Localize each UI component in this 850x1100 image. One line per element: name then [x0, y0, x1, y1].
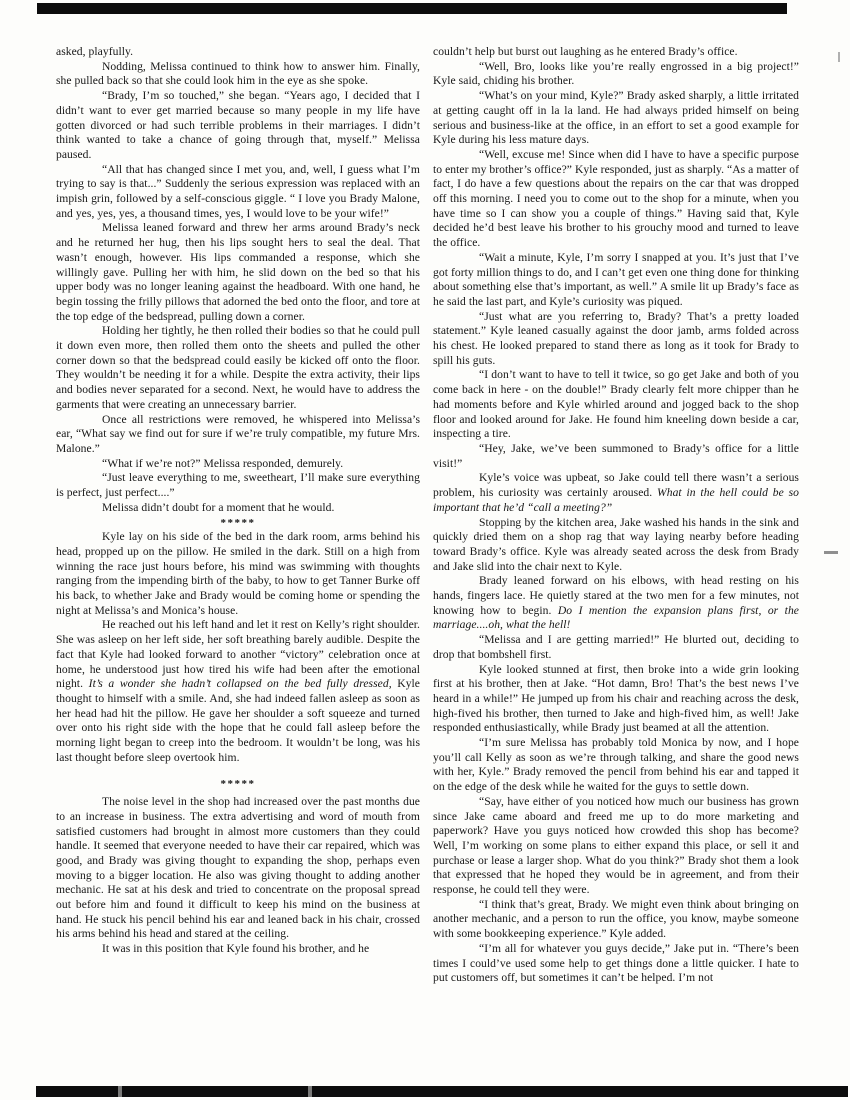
paragraph: “Well, Bro, looks like you’re really eng… [433, 60, 799, 89]
paragraph: “What’s on your mind, Kyle?” Brady asked… [433, 89, 799, 148]
left-text-column: asked, playfully.Nodding, Melissa contin… [56, 45, 420, 986]
text-run: “What’s on your mind, Kyle?” Brady asked… [433, 89, 799, 146]
paragraph: “I’m sure Melissa has probably told Moni… [433, 736, 799, 795]
scanned-document-page: asked, playfully.Nodding, Melissa contin… [0, 0, 850, 1100]
text-columns: asked, playfully.Nodding, Melissa contin… [56, 45, 799, 986]
paragraph: “Say, have either of you noticed how muc… [433, 795, 799, 898]
text-run: Holding her tightly, he then rolled thei… [56, 324, 420, 411]
text-run: Melissa didn’t doubt for a moment that h… [102, 501, 334, 514]
paragraph: It was in this position that Kyle found … [56, 942, 420, 957]
italic-text-run: It’s a wonder she hadn’t collapsed on th… [89, 677, 392, 690]
scan-artifact-tick [838, 52, 840, 62]
paragraph: “Well, excuse me! Since when did I have … [433, 148, 799, 251]
paragraph: “I don’t want to have to tell it twice, … [433, 368, 799, 442]
paragraph: “Brady, I’m so touched,” she began. “Yea… [56, 89, 420, 163]
text-run: Stopping by the kitchen area, Jake washe… [433, 516, 799, 573]
text-run: “Say, have either of you noticed how muc… [433, 795, 799, 896]
scan-artifact-dash [824, 551, 838, 554]
paragraph: “Just leave everything to me, sweetheart… [56, 471, 420, 500]
text-run: couldn’t help but burst out laughing as … [433, 45, 738, 58]
right-text-column: couldn’t help but burst out laughing as … [433, 45, 799, 986]
paragraph: “Just what are you referring to, Brady? … [433, 310, 799, 369]
text-run: “Melissa and I are getting married!” He … [433, 633, 799, 661]
paragraph: Kyle looked stunned at first, then broke… [433, 663, 799, 737]
text-run: Kyle looked stunned at first, then broke… [433, 663, 799, 735]
text-run: Kyle lay on his side of the bed in the d… [56, 530, 420, 617]
section-separator: ***** [56, 777, 420, 792]
paragraph: Kyle’s voice was upbeat, so Jake could t… [433, 471, 799, 515]
scan-artifact-slit [308, 1086, 312, 1097]
scan-artifact-bottom-bar [36, 1086, 848, 1097]
text-run: “All that has changed since I met you, a… [56, 163, 420, 220]
paragraph: “All that has changed since I met you, a… [56, 163, 420, 222]
paragraph: “Melissa and I are getting married!” He … [433, 633, 799, 662]
paragraph: The noise level in the shop had increase… [56, 795, 420, 942]
text-run: “Well, Bro, looks like you’re really eng… [433, 60, 799, 88]
paragraph: “Hey, Jake, we’ve been summoned to Brady… [433, 442, 799, 471]
paragraph: “I think that’s great, Brady. We might e… [433, 898, 799, 942]
text-run: “Wait a minute, Kyle, I’m sorry I snappe… [433, 251, 799, 308]
scan-artifact-slit [118, 1086, 122, 1097]
text-run: Nodding, Melissa continued to think how … [56, 60, 420, 88]
paragraph: Once all restrictions were removed, he w… [56, 413, 420, 457]
paragraph: Nodding, Melissa continued to think how … [56, 60, 420, 89]
paragraph: “I’m all for whatever you guys decide,” … [433, 942, 799, 986]
paragraph: He reached out his left hand and let it … [56, 618, 420, 765]
text-run: “I’m sure Melissa has probably told Moni… [433, 736, 799, 793]
text-run: Melissa leaned forward and threw her arm… [56, 221, 420, 322]
text-run: “Just leave everything to me, sweetheart… [56, 471, 420, 499]
text-run: “Just what are you referring to, Brady? … [433, 310, 799, 367]
paragraph: Melissa didn’t doubt for a moment that h… [56, 501, 420, 516]
paragraph: asked, playfully. [56, 45, 420, 60]
section-separator: ***** [56, 516, 420, 531]
scan-artifact-top-bar [37, 3, 787, 14]
paragraph: “What if we’re not?” Melissa responded, … [56, 457, 420, 472]
text-run: “I’m all for whatever you guys decide,” … [433, 942, 799, 984]
paragraph: “Wait a minute, Kyle, I’m sorry I snappe… [433, 251, 799, 310]
paragraph: couldn’t help but burst out laughing as … [433, 45, 799, 60]
paragraph: Melissa leaned forward and threw her arm… [56, 221, 420, 324]
text-run: “What if we’re not?” Melissa responded, … [102, 457, 343, 470]
text-run: “Well, excuse me! Since when did I have … [433, 148, 799, 249]
paragraph: Stopping by the kitchen area, Jake washe… [433, 516, 799, 575]
text-run: “Brady, I’m so touched,” she began. “Yea… [56, 89, 420, 161]
text-run: “I think that’s great, Brady. We might e… [433, 898, 799, 940]
paragraph: Holding her tightly, he then rolled thei… [56, 324, 420, 412]
text-run: “I don’t want to have to tell it twice, … [433, 368, 799, 440]
text-run: Once all restrictions were removed, he w… [56, 413, 420, 455]
text-run: “Hey, Jake, we’ve been summoned to Brady… [433, 442, 799, 470]
paragraph: Kyle lay on his side of the bed in the d… [56, 530, 420, 618]
text-run: asked, playfully. [56, 45, 133, 58]
text-run: The noise level in the shop had increase… [56, 795, 420, 940]
paragraph: Brady leaned forward on his elbows, with… [433, 574, 799, 633]
text-run: It was in this position that Kyle found … [102, 942, 369, 955]
